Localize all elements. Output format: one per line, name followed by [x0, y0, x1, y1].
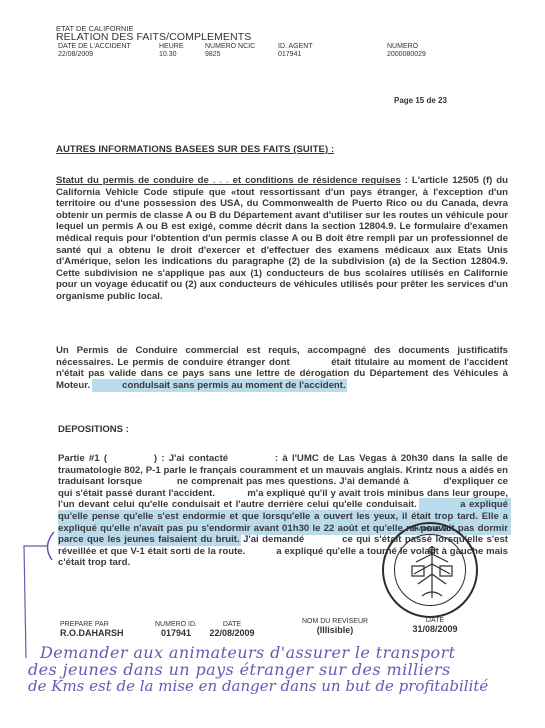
permis-paragraph: Un Permis de Conduire commercial est req…	[56, 345, 508, 391]
stamp-text-top: CHAMBRE DU	[410, 527, 451, 533]
header-label: NUMERO NCIC	[205, 43, 255, 51]
footer-date-reviewed: DATE 31/08/2009	[400, 617, 470, 634]
header-field-agent: ID. AGENT 017941	[278, 43, 313, 59]
header-field-date: DATE DE L'ACCIDENT 22/08/2009	[58, 43, 131, 59]
header-label: ID. AGENT	[278, 43, 313, 51]
header-value: 10.30	[159, 51, 184, 59]
footer-date-prepared: DATE 22/08/2009	[202, 621, 262, 638]
form-title: RELATION DES FAITS/COMPLEMENTS	[56, 32, 251, 43]
header-field-ncic: NUMERO NCIC 9825	[205, 43, 255, 59]
statut-heading: Statut du permis de conduire de . . . et…	[56, 175, 401, 186]
header-label: DATE DE L'ACCIDENT	[58, 43, 131, 51]
statut-paragraph: Statut du permis de conduire de . . . et…	[56, 175, 508, 303]
header-value: 017941	[278, 51, 313, 59]
handwritten-line: Demander aux animateurs d'assurer le tra…	[28, 644, 543, 661]
handwritten-note: Demander aux animateurs d'assurer le tra…	[28, 644, 543, 695]
page-number: Page 15 de 23	[394, 96, 447, 105]
header-label: HEURE	[159, 43, 184, 51]
handwritten-line: de Kms est de la mise en danger dans un …	[28, 678, 543, 695]
handwritten-line: des jeunes dans un pays étranger sur des…	[28, 661, 543, 678]
footer-prepared-by: PREPARE PAR R.O.DAHARSH	[60, 621, 130, 638]
permis-highlight: condulsait sans permis au moment de l'ac…	[93, 380, 346, 391]
depositions-title: DEPOSITIONS :	[58, 424, 129, 435]
stamp-emblem-icon	[402, 540, 462, 604]
header-value: 2000080029	[387, 51, 426, 59]
footer-reviewer: NOM DU REVISEUR (Illisible)	[290, 618, 380, 635]
statut-body: L'article 12505 (f) du California Vehicl…	[56, 175, 508, 302]
official-stamp: CHAMBRE DU	[382, 522, 478, 618]
header-field-number: NUMERO 2000080029	[387, 43, 426, 59]
header-label: NUMERO	[387, 43, 426, 51]
header-value: 22/08/2009	[58, 51, 131, 59]
section-title: AUTRES INFORMATIONS BASEES SUR DES FAITS…	[56, 144, 334, 155]
header-value: 9825	[205, 51, 255, 59]
header-field-time: HEURE 10.30	[159, 43, 184, 59]
footer-id-number: NUMERO ID. 017941	[150, 621, 202, 638]
